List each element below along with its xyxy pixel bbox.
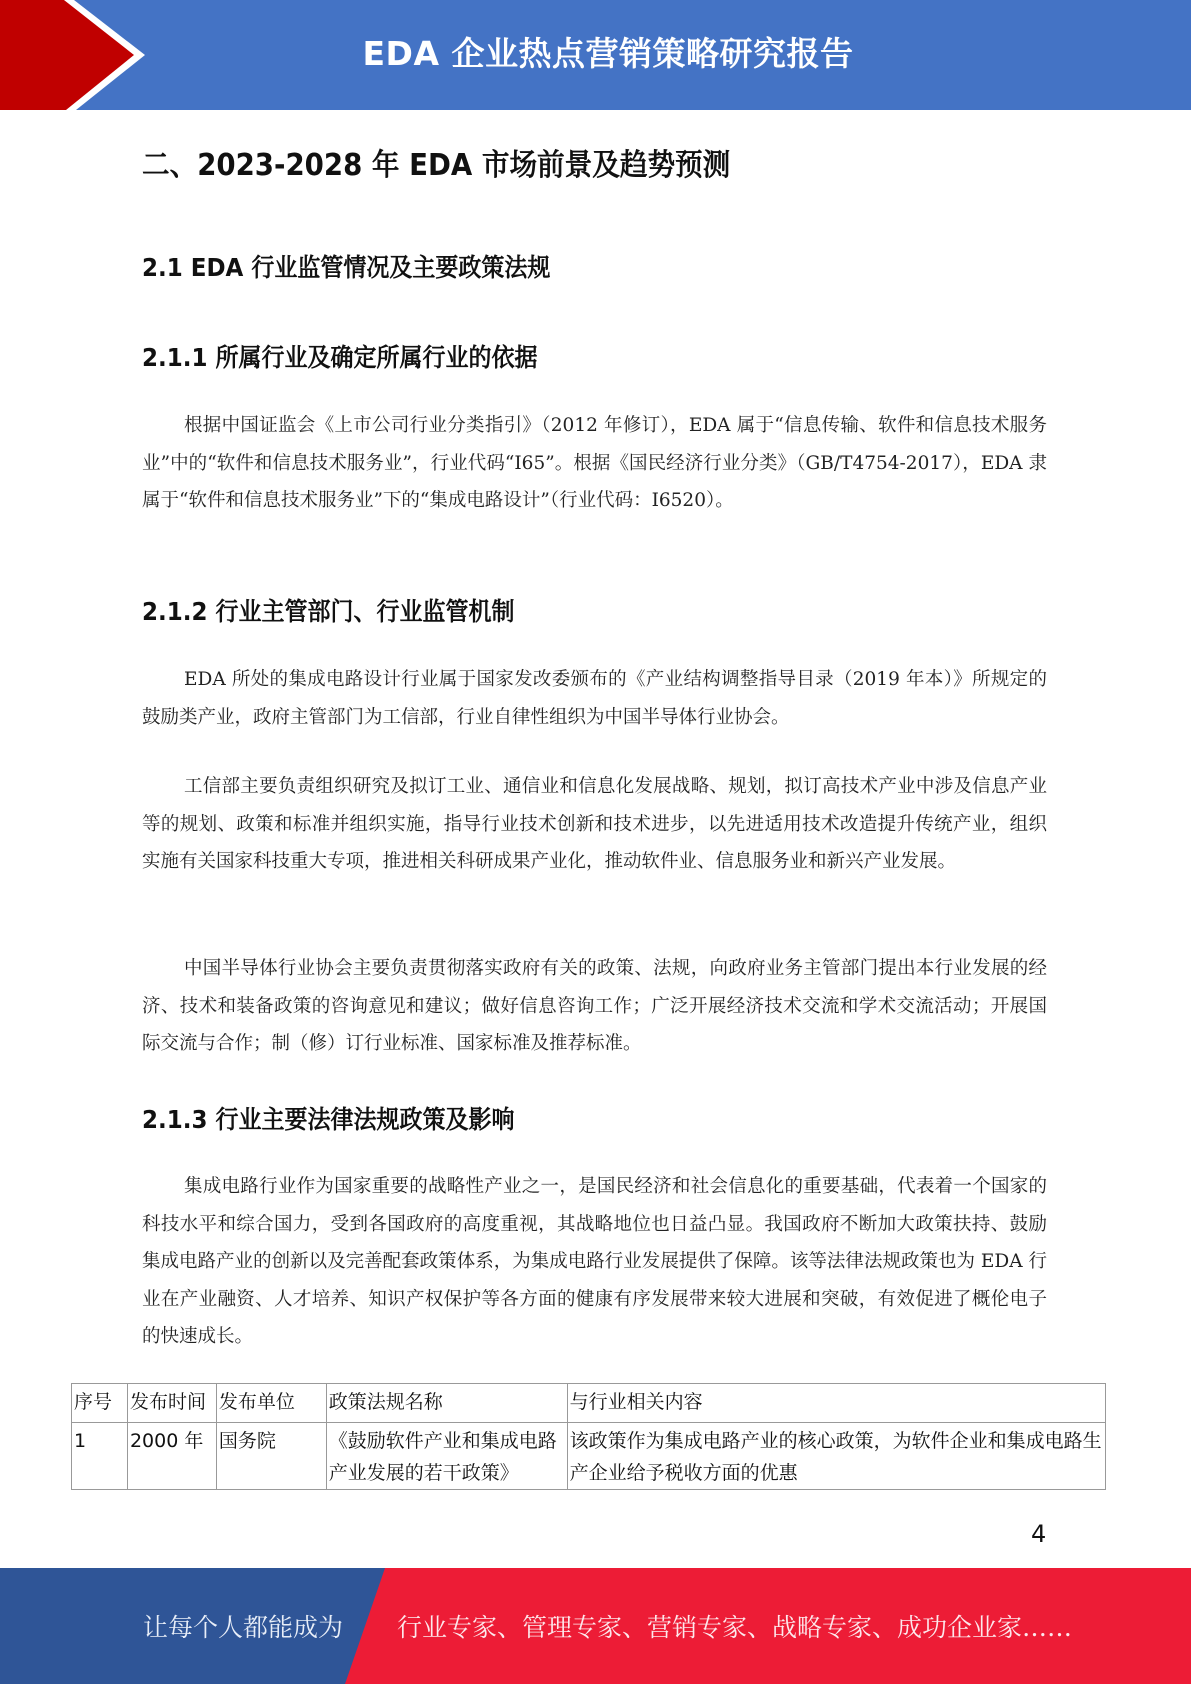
cell-issuer: 国务院 xyxy=(216,1423,326,1490)
cell-index: 1 xyxy=(72,1423,128,1490)
paragraph: EDA 所处的集成电路设计行业属于国家发改委颁布的《产业结构调整指导目录（201… xyxy=(142,661,1047,736)
report-title: EDA 企业热点营销策略研究报告 xyxy=(0,28,1191,75)
cell-policy-name: 《鼓励软件产业和集成电路产业发展的若干政策》 xyxy=(326,1423,567,1490)
section-heading-2-1: 2.1 EDA 行业监管情况及主要政策法规 xyxy=(142,248,550,284)
header-cell-index: 序号 xyxy=(72,1384,128,1423)
paragraph: 中国半导体行业协会主要负责贯彻落实政府有关的政策、法规，向政府业务主管部门提出本… xyxy=(142,950,1047,1063)
footer-slogan-right: 行业专家、管理专家、营销专家、战略专家、成功企业家…… xyxy=(397,1608,1072,1644)
paragraph: 工信部主要负责组织研究及拟订工业、通信业和信息化发展战略、规划，拟订高技术产业中… xyxy=(142,768,1047,881)
section-heading-2-1-2: 2.1.2 行业主管部门、行业监管机制 xyxy=(142,592,514,628)
section-heading-2-1-1: 2.1.1 所属行业及确定所属行业的依据 xyxy=(142,338,537,374)
cell-date: 2000 年 xyxy=(127,1423,216,1490)
page-number: 4 xyxy=(1031,1520,1046,1548)
chapter-heading: 二、2023-2028 年 EDA 市场前景及趋势预测 xyxy=(142,140,730,184)
paragraph: 集成电路行业作为国家重要的战略性产业之一，是国民经济和社会信息化的重要基础，代表… xyxy=(142,1168,1047,1356)
page-header: EDA 企业热点营销策略研究报告 xyxy=(0,0,1191,110)
footer-slogan-left: 让每个人都能成为 xyxy=(143,1608,343,1644)
table-row: 1 2000 年 国务院 《鼓励软件产业和集成电路产业发展的若干政策》 该政策作… xyxy=(72,1423,1106,1490)
header-cell-date: 发布时间 xyxy=(127,1384,216,1423)
header-cell-content: 与行业相关内容 xyxy=(567,1384,1105,1423)
policy-table: 序号 发布时间 发布单位 政策法规名称 与行业相关内容 1 2000 年 国务院… xyxy=(71,1383,1106,1490)
header-cell-policy-name: 政策法规名称 xyxy=(326,1384,567,1423)
paragraph: 根据中国证监会《上市公司行业分类指引》（2012 年修订），EDA 属于“信息传… xyxy=(142,407,1047,520)
header-cell-issuer: 发布单位 xyxy=(216,1384,326,1423)
cell-content: 该政策作为集成电路产业的核心政策，为软件企业和集成电路生产企业给予税收方面的优惠 xyxy=(567,1423,1105,1490)
page-footer: 让每个人都能成为 行业专家、管理专家、营销专家、战略专家、成功企业家…… xyxy=(0,1568,1191,1684)
section-heading-2-1-3: 2.1.3 行业主要法律法规政策及影响 xyxy=(142,1100,514,1136)
table-header-row: 序号 发布时间 发布单位 政策法规名称 与行业相关内容 xyxy=(72,1384,1106,1423)
